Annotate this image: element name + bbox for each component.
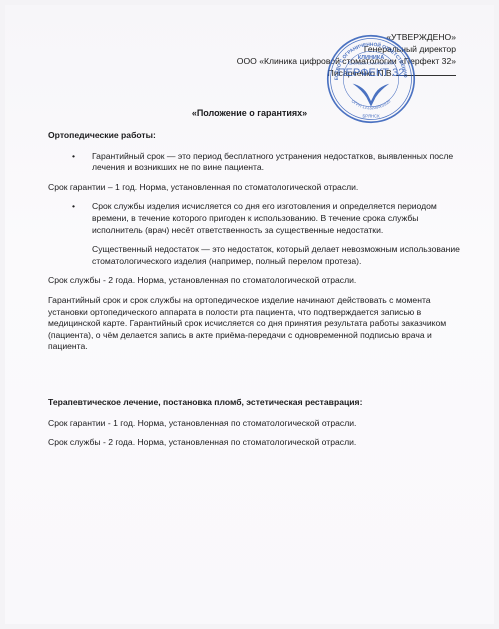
scanned-page: «УТВЕРЖДЕНО» Генеральный директор ООО «К…: [5, 5, 494, 624]
service-life-definition: Срок службы изделия исчисляется со дня е…: [92, 201, 437, 234]
document-body: Ортопедические работы: • Гарантийный сро…: [48, 130, 463, 457]
bullet-icon: •: [72, 201, 75, 213]
orthopedic-service-term: Срок службы - 2 года. Норма, установленн…: [48, 275, 463, 287]
section-heading-orthopedic: Ортопедические работы:: [48, 130, 463, 142]
section-spacer: [48, 361, 463, 397]
warranty-definition: Гарантийный срок — это период бесплатног…: [92, 151, 453, 173]
therapeutic-service-term: Срок службы - 2 года. Норма, установленн…: [48, 437, 463, 449]
orthopedic-warranty-term: Срок гарантии – 1 год. Норма, установлен…: [48, 182, 463, 194]
therapeutic-warranty-term: Срок гарантии - 1 год. Норма, установлен…: [48, 418, 463, 430]
approval-organization: ООО «Клиника цифровой стоматологии «Перф…: [237, 55, 456, 67]
approval-position: Генеральный директор: [237, 43, 456, 55]
section-heading-therapeutic: Терапевтическое лечение, постановка плом…: [48, 397, 463, 409]
approval-signature-line: Писарченко П.В.: [237, 67, 456, 79]
approval-block: «УТВЕРЖДЕНО» Генеральный директор ООО «К…: [237, 31, 456, 79]
list-item: • Срок службы изделия исчисляется со дня…: [48, 201, 463, 236]
approval-signatory: Писарченко П.В.: [328, 68, 394, 78]
warranty-start-paragraph: Гарантийный срок и срок службы на ортопе…: [48, 295, 463, 353]
defect-definition: Существенный недостаток — это недостаток…: [48, 244, 463, 267]
signature-underline: [396, 67, 456, 76]
document-title: «Положение о гарантиях»: [5, 108, 494, 118]
list-item: • Гарантийный срок — это период бесплатн…: [48, 151, 463, 174]
bullet-icon: •: [72, 151, 75, 163]
approval-status: «УТВЕРЖДЕНО»: [237, 31, 456, 43]
